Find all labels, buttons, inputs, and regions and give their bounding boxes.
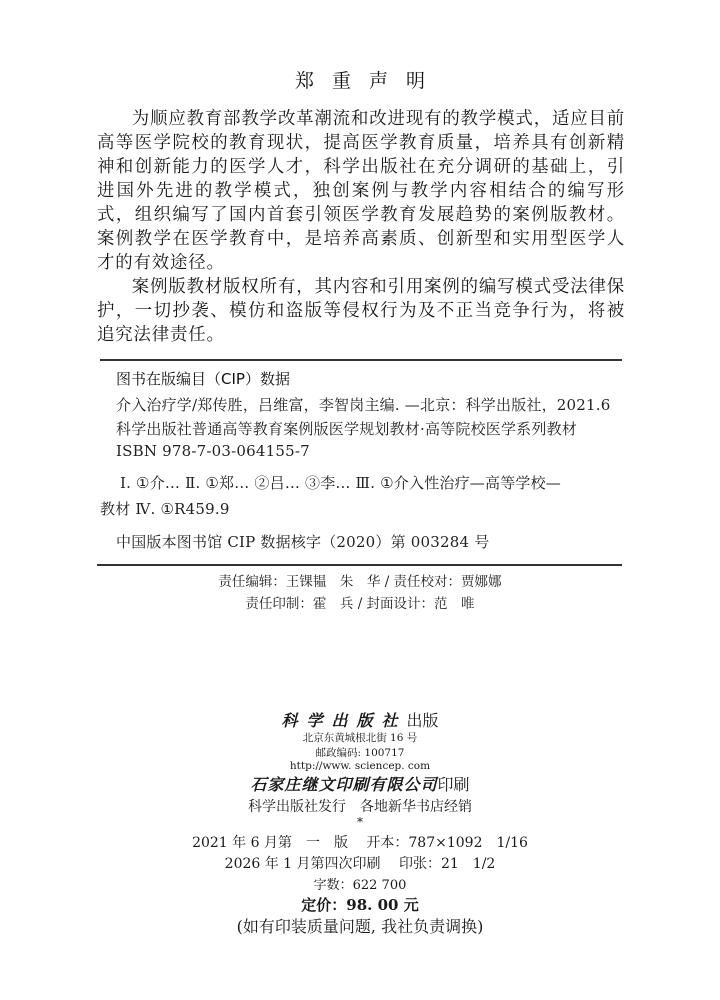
distribution-line: 科学出版社发行 各地新华书店经销 xyxy=(0,796,720,816)
declaration-paragraph-1: 为顺应教育部教学改革潮流和改进现有的教学模式，适应目前高等医学院校的教育现状，提… xyxy=(97,107,625,275)
declaration-body: 为顺应教育部教学改革潮流和改进现有的教学模式，适应目前高等医学院校的教育现状，提… xyxy=(97,107,625,347)
cip-bottom-rule xyxy=(97,564,622,566)
copyright-page: 郑重声明 为顺应教育部教学改革潮流和改进现有的教学模式，适应目前高等医学院校的教… xyxy=(0,0,720,1000)
cip-classification-line-1: Ⅰ. ①介… Ⅱ. ①郑… ②吕… ③李… Ⅲ. ①介入性治疗—高等学校— xyxy=(120,472,630,493)
declaration-paragraph-2: 案例版教材版权所有，其内容和引用案例的编写模式受法律保护，一切抄袭、模仿和盗版等… xyxy=(97,275,625,347)
printer-line: 石家庄继文印刷有限公司印刷 xyxy=(0,772,720,795)
publisher-suffix: 出版 xyxy=(407,711,439,730)
cip-isbn: ISBN 978-7-03-064155-7 xyxy=(116,442,626,460)
printing-line: 2026 年 1 月第四次印刷 印张：21 1/2 xyxy=(0,853,720,873)
word-count: 字数：622 700 xyxy=(0,874,720,893)
publisher-line: 科学出版社出版 xyxy=(0,708,720,731)
cip-number: 中国版本图书馆 CIP 数据核字（2020）第 003284 号 xyxy=(116,531,626,552)
printer-suffix: 印刷 xyxy=(438,775,470,794)
cip-classification-line-2: 教材 Ⅳ. ①R459.9 xyxy=(100,498,610,519)
staff-editors: 责任编辑：王锞韫 朱 华 / 责任校对：贾娜娜 xyxy=(0,570,720,590)
publisher-url: http://www. sciencep. com xyxy=(0,760,720,772)
cip-top-rule xyxy=(100,359,622,361)
declaration-title: 郑重声明 xyxy=(0,66,720,93)
quality-note: (如有印装质量问题, 我社负责调换) xyxy=(0,914,720,937)
price: 定价：98. 00 元 xyxy=(0,894,720,915)
cip-heading: 图书在版编目（CIP）数据 xyxy=(116,368,626,389)
cip-series-line: 科学出版社普通高等教育案例版医学规划教材·高等院校医学系列教材 xyxy=(116,418,626,439)
edition-line: 2021 年 6 月第 一 版 开本：787×1092 1/16 xyxy=(0,832,720,852)
separator-asterisk: * xyxy=(0,815,720,829)
cip-title-line: 介入治疗学/郑传胜，吕维富，李智岗主编. —北京：科学出版社，2021.6 xyxy=(116,394,626,415)
publisher-address: 北京东黄城根北街 16 号 xyxy=(0,730,720,745)
publisher-postcode: 邮政编码: 100717 xyxy=(0,745,720,760)
staff-production: 责任印制：霍 兵 / 封面设计：范 唯 xyxy=(0,592,720,612)
publisher-name: 科学出版社 xyxy=(281,711,406,730)
printer-name: 石家庄继文印刷有限公司 xyxy=(250,775,437,794)
